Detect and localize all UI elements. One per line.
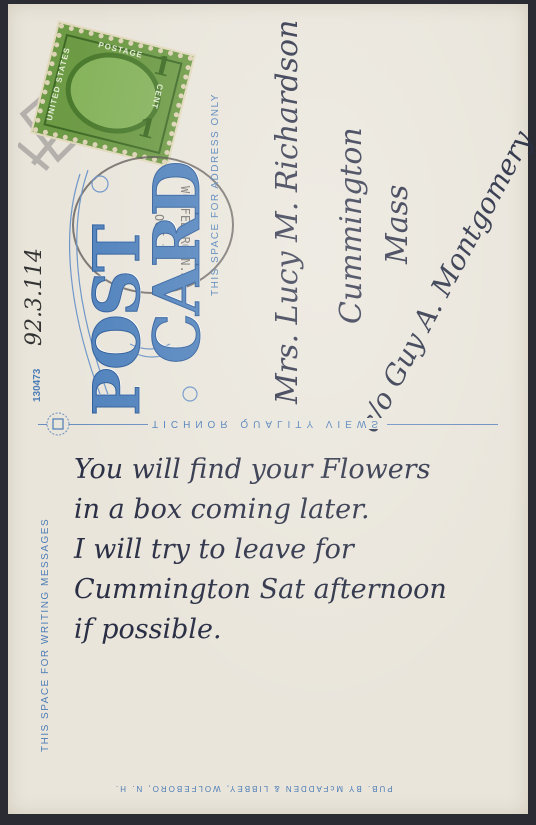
tichnor-quality-views: TICHNOR QUALITY VIEWS [148,418,387,429]
address-space-label: THIS SPACE FOR ADDRESS ONLY [210,93,221,296]
message-line: You will find your Flowers [74,450,447,490]
title-card: CARD [140,163,215,364]
post-card-title: POST CARD [60,154,200,414]
address-care-of: c/o Guy A. Montgomery [352,125,536,437]
message-line: Cummington Sat afternoon [74,570,447,610]
address-line-3: Mass [380,185,415,264]
publisher-credit: PUB. BY McFADDEN & LIBBEY, WOLFEBORO, N.… [114,784,393,793]
catalog-note: 92.3.114 [22,248,47,346]
message-body: You will find your Flowers in a box comi… [74,450,447,650]
message-space-label: THIS SPACE FOR WRITING MESSAGES [40,518,51,752]
stock-number: 130473 [32,369,43,402]
message-line: in a box coming later. [74,490,447,530]
postcard-back: POSTAGE 1 1 CENT UNITED STATES WOLFEBORO… [8,4,528,814]
message-line: I will try to leave for [74,530,447,570]
address-line-1: Mrs. Lucy M. Richardson [270,20,305,404]
message-line: if possible. [74,610,447,650]
tichnor-logo-icon [40,406,76,442]
address-line-2: Cummington [334,127,369,324]
